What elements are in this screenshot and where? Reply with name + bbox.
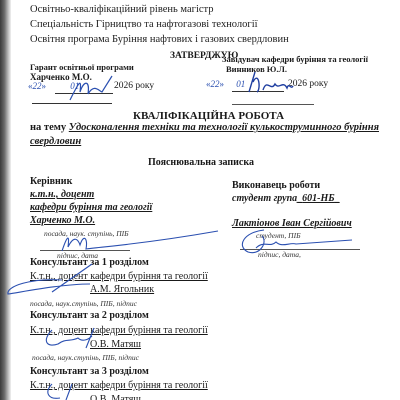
consultant-2-caption: посада, наук.ступінь, ПІБ, підпис xyxy=(32,353,139,362)
specialty: Спеціальність Гірництво та нафтогазові т… xyxy=(30,19,258,30)
document-subtitle: Пояснювальна записка xyxy=(148,157,254,168)
topic-line-1: на тему Удосконалення техніки та техноло… xyxy=(30,122,379,133)
qualification-level: Освітньо-кваліфікаційний рівень магістр xyxy=(30,4,214,15)
supervisor-signature xyxy=(58,225,228,255)
student-group: студент група_601-НБ_ xyxy=(232,193,340,204)
supervisor-label: Керівник xyxy=(30,176,72,187)
guarantor-year: 2026 року xyxy=(114,81,154,91)
consultant-1-caption: посада, наук.ступінь, ПІБ, підпис xyxy=(30,299,137,308)
head-date: «22» 01 xyxy=(206,79,245,89)
head-role: Завідувач кафедри буріння та геології xyxy=(222,54,368,64)
education-program: Освітня програма Буріння нафтових і газо… xyxy=(30,34,289,45)
signature-line xyxy=(32,103,112,104)
consultant-3-signature xyxy=(38,382,98,400)
head-signature xyxy=(245,68,295,94)
consultant-2-signature xyxy=(38,326,98,352)
signature-line xyxy=(232,104,314,105)
guarantor-role: Гарант освітньої програми xyxy=(30,62,134,72)
student-signature xyxy=(234,226,354,256)
work-title: КВАЛІФІКАЦІЙНА РОБОТА xyxy=(133,110,284,122)
consultant-3-label: Консультант за 3 розділом xyxy=(30,366,149,377)
consultant-2-label: Консультант за 2 розділом xyxy=(30,310,149,321)
scan-edge-shadow xyxy=(0,0,11,400)
consultant-1-signature xyxy=(2,262,102,296)
student-label: Виконавець роботи xyxy=(232,180,320,191)
supervisor-degree: к.т.н., доцент xyxy=(30,189,94,200)
guarantor-signature xyxy=(68,74,113,102)
supervisor-department: кафедри буріння та геології xyxy=(30,202,152,213)
topic-line-2: свердловин xyxy=(30,136,81,147)
